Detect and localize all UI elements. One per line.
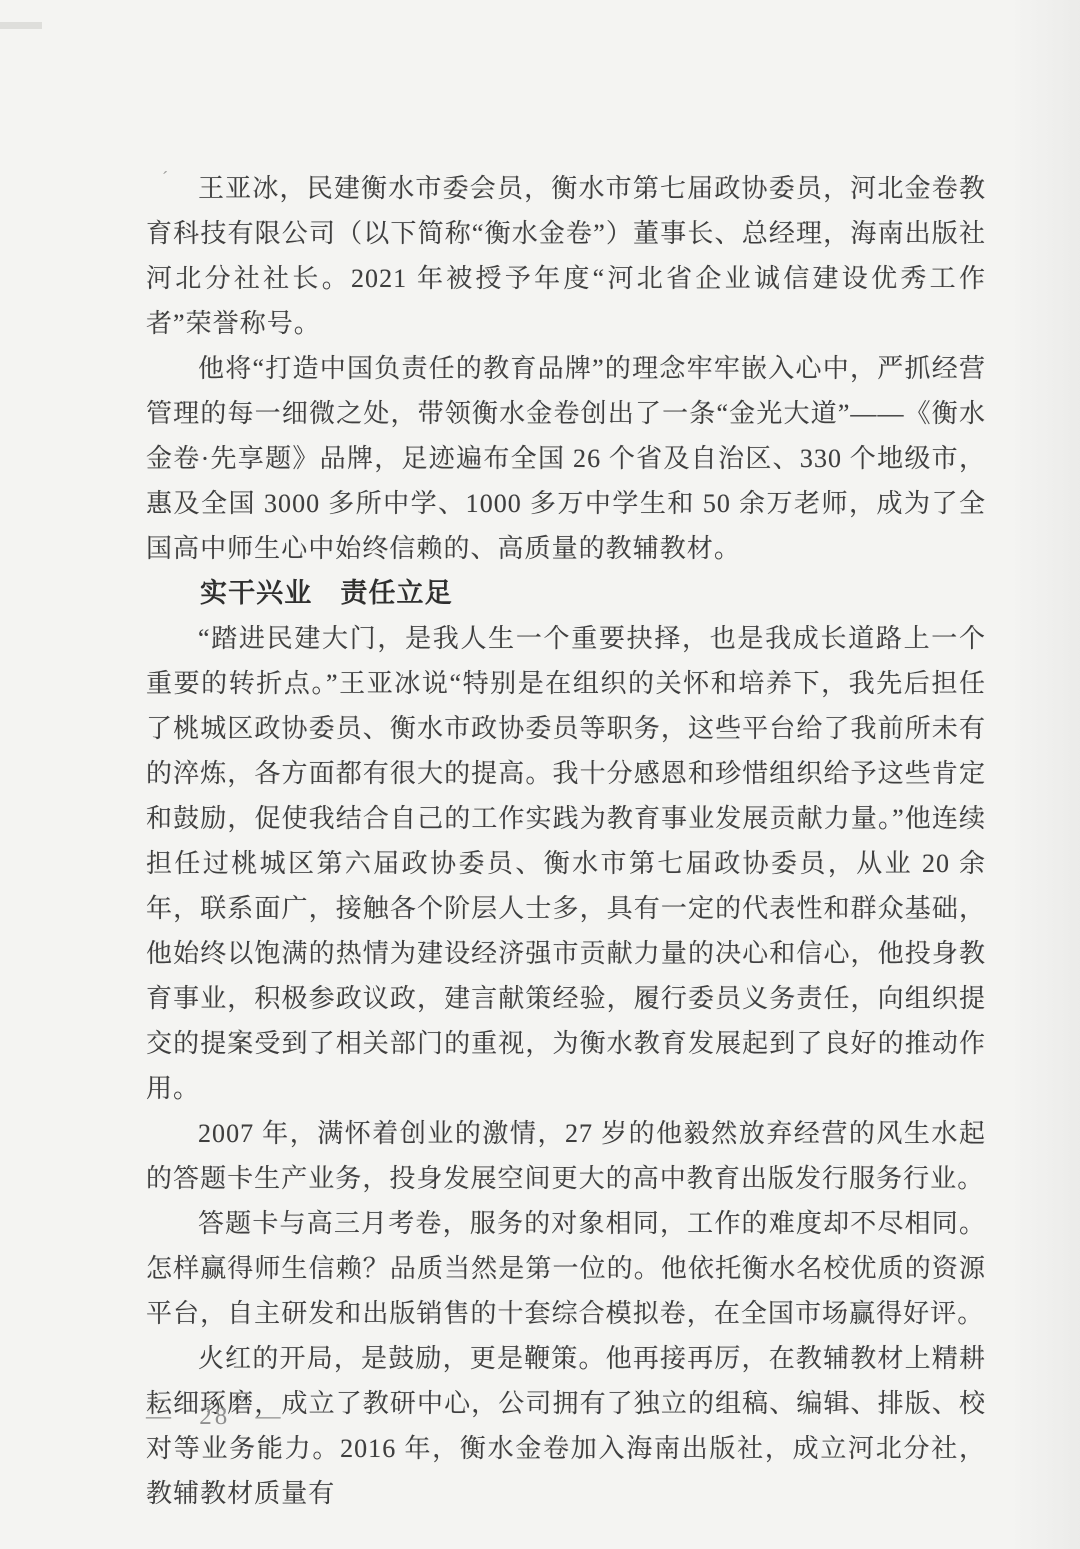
scanned-document-page: ˊ 王亚冰，民建衡水市委会员，衡水市第七届政协委员，河北金卷教育科技有限公司（以… — [0, 0, 1080, 1549]
document-body: ˊ 王亚冰，民建衡水市委会员，衡水市第七届政协委员，河北金卷教育科技有限公司（以… — [146, 166, 986, 1516]
paragraph-answer-card: 答题卡与高三月考卷，服务的对象相同，工作的难度却不尽相同。怎样赢得师生信赖？品质… — [146, 1201, 986, 1336]
paragraph-intro: 王亚冰，民建衡水市委会员，衡水市第七届政协委员，河北金卷教育科技有限公司（以下简… — [146, 166, 986, 346]
page-number: — 28 — — [146, 1394, 284, 1439]
paragraph-quote: “踏进民建大门，是我人生一个重要抉择，也是我成长道路上一个重要的转折点。”王亚冰… — [146, 616, 986, 1111]
scan-artifact-streak — [0, 22, 42, 29]
paragraph-brand: 他将“打造中国负责任的教育品牌”的理念牢牢嵌入心中，严抓经营管理的每一细微之处，… — [146, 346, 986, 571]
section-heading: 实干兴业 责任立足 — [146, 571, 986, 616]
paragraph-2007: 2007 年，满怀着创业的激情，27 岁的他毅然放弃经营的风生水起的答题卡生产业… — [146, 1111, 986, 1201]
scan-shadow — [1010, 0, 1080, 1549]
scan-artifact-tick: ˊ — [162, 168, 168, 189]
